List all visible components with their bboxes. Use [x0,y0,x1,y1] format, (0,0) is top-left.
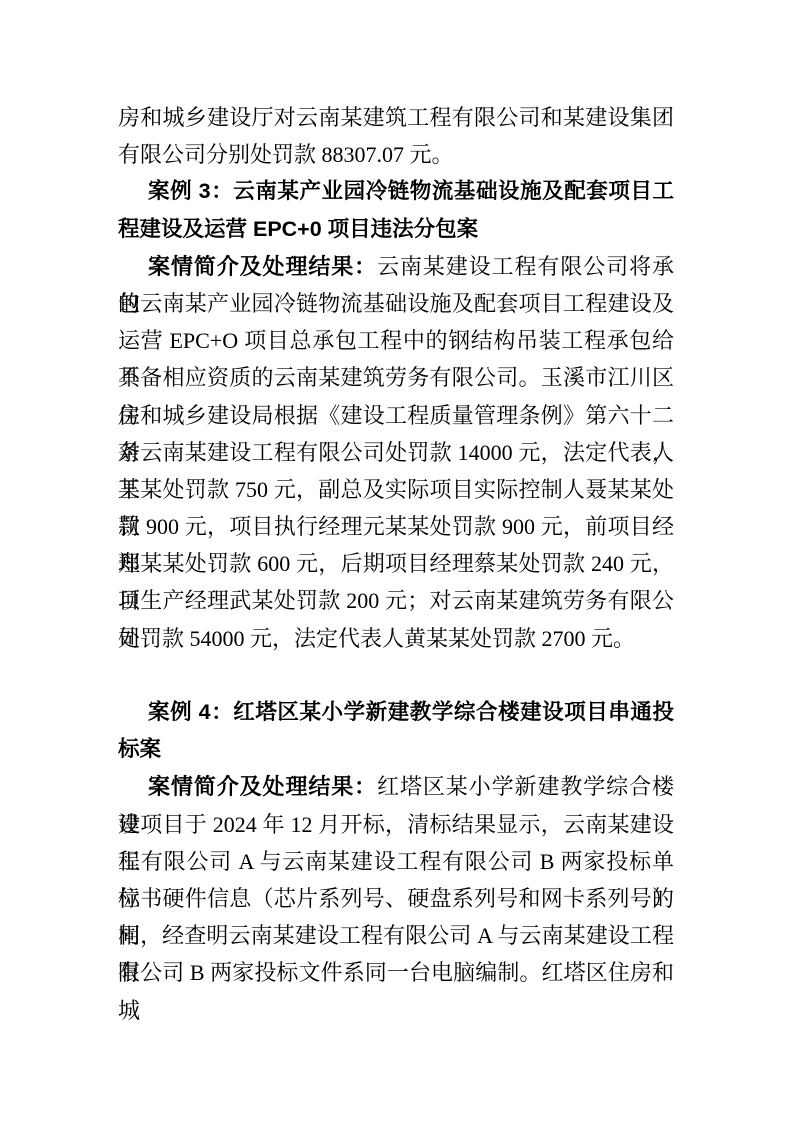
heading-line: 案例 3：云南某产业园冷链物流基础设施及配套项目工 [118,173,674,210]
text-line: 对云南某建设工程有限公司处罚款 14000 元，法定代表人王 [118,434,674,471]
document-page: 房和城乡建设厅对云南某建筑工程有限公司和某建设集团有限公司分别处罚款 88307… [0,0,793,1122]
text-line: 程有限公司 A 与云南某建设工程有限公司 B 两家投标单位的 [118,843,674,880]
text-line: 具备相应资质的云南某建筑劳务有限公司。玉溪市江川区住 [118,359,674,396]
text-line: 案情简介及处理结果：红塔区某小学新建教学综合楼建 [118,768,674,805]
text-line: 有限公司分别处罚款 88307.07 元。 [118,136,674,173]
text-line: 限公司 B 两家投标文件系同一台电脑编制。红塔区住房和城 [118,954,674,991]
document-content: 房和城乡建设厅对云南某建筑工程有限公司和某建设集团有限公司分别处罚款 88307… [118,99,674,992]
bold-lead-label: 案情简介及处理结果： [148,254,377,279]
text-line: 标书硬件信息（芯片系列号、硬盘系列号和网卡系列号）相 [118,880,674,917]
text-line: 房和城乡建设厅对云南某建筑工程有限公司和某建设集团 [118,99,674,136]
text-line: 房和城乡建设局根据《建设工程质量管理条例》第六十二条， [118,397,674,434]
text-line: 目生产经理武某处罚款 200 元；对云南某建筑劳务有限公司 [118,582,674,619]
text-line: 郑某某处罚款 600 元，后期项目经理蔡某处罚款 240 元，项 [118,545,674,582]
heading-line: 标案 [118,731,674,768]
text-line: 处罚款 54000 元，法定代表人黄某某处罚款 2700 元。 [118,620,674,657]
text-line: 某某处罚款 750 元，副总及实际项目实际控制人聂某某处罚 [118,471,674,508]
heading-line: 程建设及运营 EPC+0 项目违法分包案 [118,211,674,248]
text-line: 运营 EPC+O 项目总承包工程中的钢结构吊装工程承包给不 [118,322,674,359]
text-line: 款 900 元，项目执行经理元某某处罚款 900 元，前项目经理 [118,508,674,545]
paragraph-spacer [118,657,674,694]
text-line: 设项目于 2024 年 12 月开标，清标结果显示，云南某建设工 [118,806,674,843]
text-line: 的云南某产业园冷链物流基础设施及配套项目工程建设及 [118,285,674,322]
text-line: 同，经查明云南某建设工程有限公司 A 与云南某建设工程有 [118,917,674,954]
bold-lead-label: 案情简介及处理结果： [148,774,377,799]
text-line: 案情简介及处理结果：云南某建设工程有限公司将承包 [118,248,674,285]
heading-line: 案例 4：红塔区某小学新建教学综合楼建设项目串通投 [118,694,674,731]
